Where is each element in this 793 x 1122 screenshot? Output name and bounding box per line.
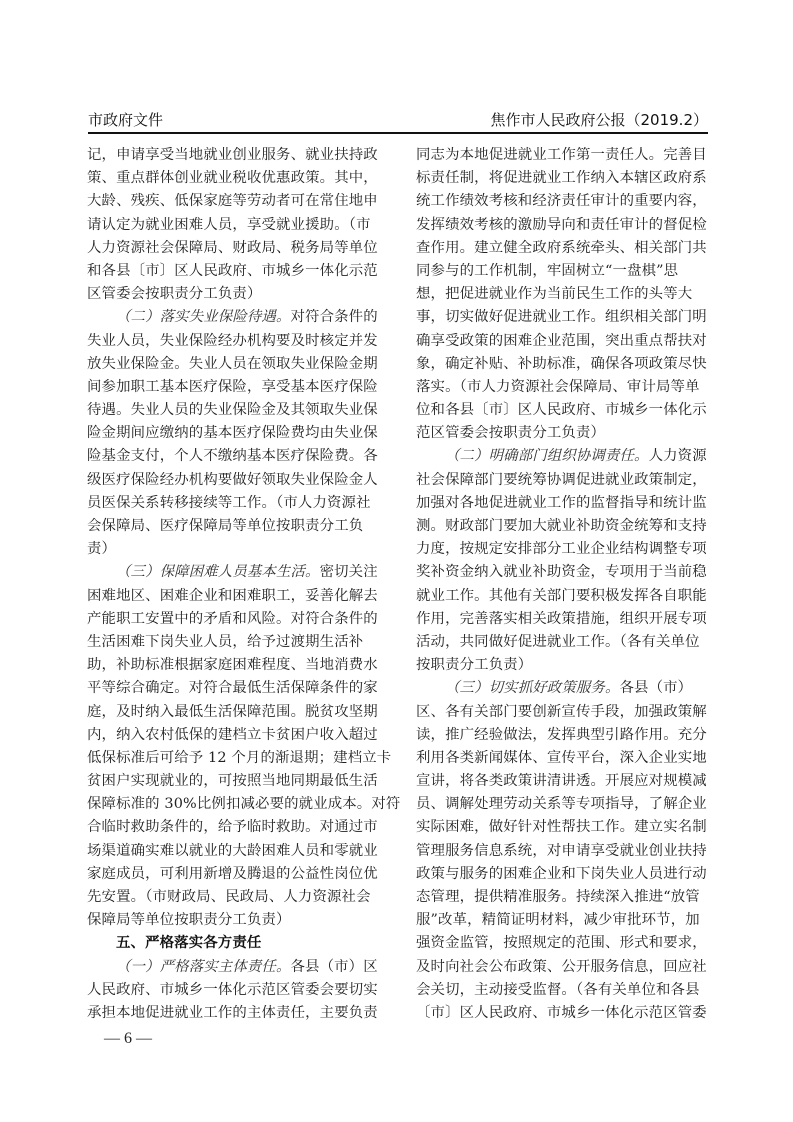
paragraph-line: 场渠道确实难以就业的大龄困难人员和零就业: [87, 840, 383, 863]
paragraph-line: 贫困户实现就业的，可按照当地同期最低生活: [87, 770, 383, 793]
paragraph-line: 策、重点群体创业就业税收优惠政策。其中，: [87, 167, 383, 190]
paragraph-line: 实际困难，做好针对性帮扶工作。建立实名制: [416, 816, 712, 839]
paragraph-line: 内，纳入农村低保的建档立卡贫困户收入超过: [87, 724, 383, 747]
subsection-title: （二）明确部门组织协调责任。: [445, 448, 649, 464]
paragraph-line: 事，切实做好促进就业工作。组织相关部门明: [416, 306, 712, 329]
paragraph-line: 间参加职工基本医疗保险，享受基本医疗保险: [87, 376, 383, 399]
paragraph-line: 范区管委会按职责分工负责）: [416, 422, 712, 445]
paragraph-line: 先安置。（市财政局、民政局、人力资源社会: [87, 886, 383, 909]
subsection-heading-line: （二）明确部门组织协调责任。人力资源: [416, 445, 712, 468]
paragraph-line: 读，推广经验做法，发挥典型引路作用。充分: [416, 724, 712, 747]
paragraph-line: 〔市〕区人民政府、市城乡一体化示范区管委: [416, 1002, 712, 1025]
running-header: 市政府文件 焦作市人民政府公报（2019.2）: [88, 110, 708, 134]
left-text-column: 记，申请享受当地就业创业服务、就业扶持政策、重点群体创业就业税收优惠政策。其中，…: [87, 144, 383, 1025]
paragraph-line: 放失业保险金。失业人员在领取失业保险金期: [87, 353, 383, 376]
paragraph-text: 密切关注: [320, 564, 378, 580]
header-publication-title: 焦作市人民政府公报（2019.2）: [491, 110, 709, 130]
paragraph-text: 各县（市）区: [291, 959, 378, 975]
paragraph-line: 加强对各地促进就业工作的监督指导和统计监: [416, 492, 712, 515]
paragraph-line: 宣讲，将各类政策讲清讲透。开展应对规模减: [416, 770, 712, 793]
paragraph-line: 态管理，提供精准服务。持续深入推进“放管: [416, 886, 712, 909]
paragraph-text: 各县（市）: [620, 680, 693, 696]
paragraph-line: 会保障局、医疗保障局等单位按职责分工负: [87, 515, 383, 538]
paragraph-line: 级医疗保险经办机构要做好领取失业保险金人: [87, 469, 383, 492]
paragraph-line: 查作用。建立健全政府系统牵头、相关部门共: [416, 237, 712, 260]
paragraph-line: 区管委会按职责分工负责）: [87, 283, 383, 306]
paragraph-line: 测。财政部门要加大就业补助资金统筹和支持: [416, 515, 712, 538]
subsection-heading-line: （三）切实抓好政策服务。各县（市）: [416, 677, 712, 700]
header-divider: [88, 132, 708, 134]
paragraph-line: 承担本地促进就业工作的主体责任，主要负责: [87, 1002, 383, 1025]
page-number: — 6 —: [104, 1030, 152, 1048]
paragraph-line: 大龄、残疾、低保家庭等劳动者可在常住地申: [87, 190, 383, 213]
paragraph-line: 合临时救助条件的，给予临时救助。对通过市: [87, 816, 383, 839]
paragraph-line: 奖补资金纳入就业补助资金，专项用于当前稳: [416, 561, 712, 584]
paragraph-line: 员医保关系转移接续等工作。（市人力资源社: [87, 492, 383, 515]
paragraph-line: 待遇。失业人员的失业保险金及其领取失业保: [87, 399, 383, 422]
paragraph-line: 险金期间应缴纳的基本医疗保险费均由失业保: [87, 422, 383, 445]
subsection-heading-line: （一）严格落实主体责任。各县（市）区: [87, 956, 383, 979]
paragraph-line: 力度，按规定安排部分工业企业结构调整专项: [416, 538, 712, 561]
paragraph-text: 人力资源: [649, 448, 707, 464]
paragraph-line: 庭，及时纳入最低生活保障范围。脱贫攻坚期: [87, 701, 383, 724]
subsection-title: （三）保障困难人员基本生活。: [116, 564, 320, 580]
paragraph-line: 和各县〔市〕区人民政府、市城乡一体化示范: [87, 260, 383, 283]
paragraph-line: 服”改革，精简证明材料，减少审批环节，加: [416, 909, 712, 932]
paragraph-line: 统工作绩效考核和经济责任审计的重要内容，: [416, 190, 712, 213]
right-text-column: 同志为本地促进就业工作第一责任人。完善目标责任制，将促进就业工作纳入本辖区政府系…: [416, 144, 712, 1025]
header-section-label: 市政府文件: [88, 110, 163, 130]
paragraph-line: 位和各县〔市〕区人民政府、市城乡一体化示: [416, 399, 712, 422]
paragraph-line: 管理服务信息系统，对申请享受就业创业扶持: [416, 840, 712, 863]
paragraph-line: 同参与的工作机制，牢固树立“一盘棋”思: [416, 260, 712, 283]
paragraph-line: 利用各类新闻媒体、宣传平台，深入企业实地: [416, 747, 712, 770]
subsection-heading-line: （二）落实失业保险待遇。对符合条件的: [87, 306, 383, 329]
paragraph-line: 作用，完善落实相关政策措施，组织开展专项: [416, 608, 712, 631]
paragraph-line: 险基金支付，个人不缴纳基本医疗保险费。各: [87, 445, 383, 468]
paragraph-line: 家庭成员，可利用新增及腾退的公益性岗位优: [87, 863, 383, 886]
paragraph-line: 困难地区、困难企业和困难职工，妥善化解去: [87, 585, 383, 608]
paragraph-line: 生活困难下岗失业人员，给予过渡期生活补: [87, 631, 383, 654]
paragraph-line: 活动，共同做好促进就业工作。（各有关单位: [416, 631, 712, 654]
paragraph-line: 就业工作。其他有关部门要积极发挥各自职能: [416, 585, 712, 608]
paragraph-line: 确享受政策的困难企业范围，突出重点帮扶对: [416, 330, 712, 353]
subsection-title: （一）严格落实主体责任。: [116, 959, 291, 975]
paragraph-line: 同志为本地促进就业工作第一责任人。完善目: [416, 144, 712, 167]
paragraph-line: 人力资源社会保障局、财政局、税务局等单位: [87, 237, 383, 260]
paragraph-line: 责）: [87, 538, 383, 561]
paragraph-line: 会关切，主动接受监督。（各有关单位和各县: [416, 979, 712, 1002]
paragraph-line: 想，把促进就业作为当前民生工作的头等大: [416, 283, 712, 306]
paragraph-line: 按职责分工负责）: [416, 654, 712, 677]
paragraph-line: 产能职工安置中的矛盾和风险。对符合条件的: [87, 608, 383, 631]
paragraph-line: 发挥绩效考核的激励导向和责任审计的督促检: [416, 214, 712, 237]
paragraph-line: 记，申请享受当地就业创业服务、就业扶持政: [87, 144, 383, 167]
paragraph-line: 政策与服务的困难企业和下岗失业人员进行动: [416, 863, 712, 886]
paragraph-line: 失业人员，失业保险经办机构要及时核定并发: [87, 330, 383, 353]
paragraph-line: 强资金监管，按照规定的范围、形式和要求，: [416, 932, 712, 955]
paragraph-line: 社会保障部门要统筹协调促进就业政策制定，: [416, 469, 712, 492]
paragraph-line: 象，确定补贴、补助标准，确保各项政策尽快: [416, 353, 712, 376]
paragraph-line: 人民政府、市城乡一体化示范区管委会要切实: [87, 979, 383, 1002]
paragraph-line: 保障标准的 30%比例扣减必要的就业成本。对符: [87, 793, 383, 816]
subsection-title: （三）切实抓好政策服务。: [445, 680, 620, 696]
paragraph-line: 平等综合确定。对符合最低生活保障条件的家: [87, 677, 383, 700]
paragraph-text: 对符合条件的: [291, 309, 378, 325]
paragraph-line: 请认定为就业困难人员，享受就业援助。（市: [87, 214, 383, 237]
subsection-title: （二）落实失业保险待遇。: [116, 309, 291, 325]
paragraph-line: 落实。（市人力资源社会保障局、审计局等单: [416, 376, 712, 399]
paragraph-line: 低保标准后可给予 12 个月的渐退期；建档立卡: [87, 747, 383, 770]
paragraph-line: 保障局等单位按职责分工负责）: [87, 909, 383, 932]
paragraph-line: 区、各有关部门要创新宣传手段，加强政策解: [416, 701, 712, 724]
paragraph-line: 及时向社会公布政策、公开服务信息，回应社: [416, 956, 712, 979]
section-heading: 五、严格落实各方责任: [87, 932, 383, 955]
subsection-heading-line: （三）保障困难人员基本生活。密切关注: [87, 561, 383, 584]
paragraph-line: 助，补助标准根据家庭困难程度、当地消费水: [87, 654, 383, 677]
paragraph-line: 标责任制，将促进就业工作纳入本辖区政府系: [416, 167, 712, 190]
paragraph-line: 员、调解处理劳动关系等专项指导，了解企业: [416, 793, 712, 816]
